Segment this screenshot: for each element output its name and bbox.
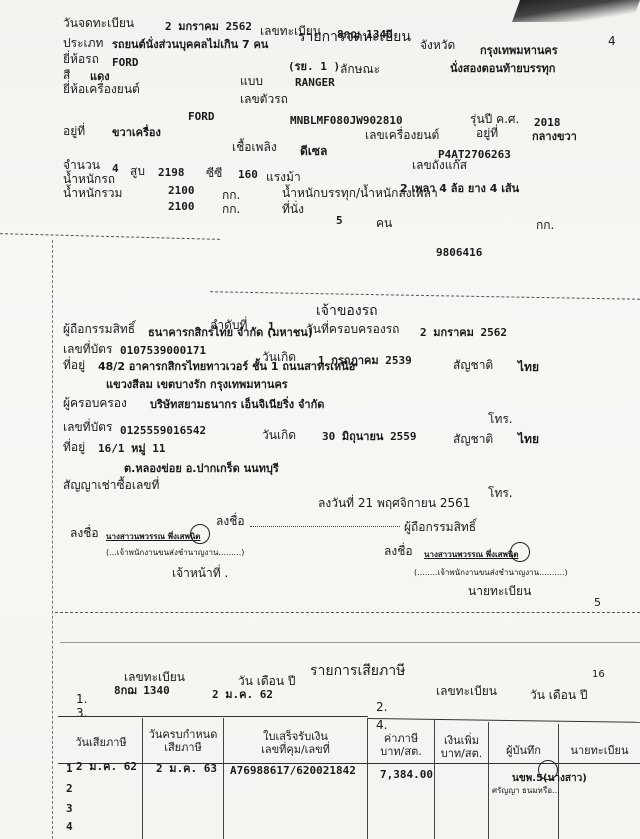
table-column-divider xyxy=(488,722,489,839)
holder-sign-role: ผู้ถือกรรมสิทธิ์ xyxy=(404,520,476,534)
cc: 2198 xyxy=(158,166,185,180)
hire-purchase-label: สัญญาเช่าซื้อเลขที่ xyxy=(63,478,159,492)
tax-plate-label-1: เลขทะเบียน xyxy=(124,670,185,684)
holder-sign-label: ลงชื่อ xyxy=(216,514,245,528)
tax-plate-label-2: เลขทะเบียน xyxy=(436,684,497,698)
gross-weight-unit: กก. xyxy=(222,202,240,216)
style-label: ลักษณะ xyxy=(340,62,380,76)
signed-date: ลงวันที่ 21 พฤศจิกายน 2561 xyxy=(318,496,470,510)
holder-id-label: เลขที่บัตร xyxy=(63,342,112,356)
tax-title: รายการเสียภาษี xyxy=(310,664,405,678)
holder-name: ธนาคารกสิกรไทย จำกัด (มหาชน) xyxy=(148,326,313,340)
tax-page-number: 16 xyxy=(592,668,605,682)
possessor-birth-label: วันเกิด xyxy=(262,428,296,442)
nationality-label: สัญชาติ xyxy=(453,358,493,372)
possessor-label: ผู้ครอบครอง xyxy=(63,396,127,410)
row-paid-date: 2 ม.ค. 62 xyxy=(76,760,137,774)
type: รถยนต์นั่งส่วนบุคคลไม่เกิน 7 คน xyxy=(112,38,268,52)
cut-line xyxy=(210,291,640,300)
holder-address-line2: แขวงสีลม เขตบางรัก กรุงเทพมหานคร xyxy=(106,378,288,392)
vehicle-weight-label: น้ำหนักรถ xyxy=(63,172,115,186)
hp-unit: แรงม้า xyxy=(266,170,301,184)
location1: ขวาเครื่อง xyxy=(112,126,161,140)
serial-number: 9806416 xyxy=(436,246,482,260)
plate: 8กฌ 1340 xyxy=(337,28,393,42)
scan-shadow xyxy=(512,0,640,22)
col-header-recorder: ผู้บันทึก xyxy=(489,744,558,757)
nationality: ไทย xyxy=(518,360,539,374)
row-number: 4 xyxy=(66,820,73,834)
officer-signature-mark xyxy=(190,524,210,544)
cylinders-label: จำนวน xyxy=(63,158,100,172)
location1-label: อยู่ที่ xyxy=(63,124,85,138)
table-top-border xyxy=(368,718,640,723)
chassis: MNBLMF080JW902810 xyxy=(290,114,403,128)
fold-line xyxy=(52,240,54,839)
vehicle-weight-unit: กก. xyxy=(222,188,240,202)
possessor-address-line1: 16/1 หมู่ 11 xyxy=(98,442,165,456)
col-header-tax: ค่าภาษี บาท/สต. xyxy=(368,732,434,758)
gross-weight: 2100 xyxy=(168,200,195,214)
officer-position: (...เจ้าพนักงานขนส่งชำนาญงาน.........) xyxy=(106,546,244,560)
chassis-label: เลขตัวรถ xyxy=(240,92,288,106)
row-number: 2 xyxy=(66,782,73,796)
possessor-nationality: ไทย xyxy=(518,432,539,446)
possessor-tel-label: โทร. xyxy=(488,412,513,426)
col-header-receipt: ใบเสร็จรับเงิน เลขที่คุม/เลขที่ xyxy=(224,730,367,756)
tax-row-num-3: 3. xyxy=(76,706,87,720)
reg-date-label: วันจดทะเบียน xyxy=(63,16,134,30)
row-due-date: 2 ม.ค. 63 xyxy=(156,762,217,776)
engine-brand: FORD xyxy=(188,110,215,124)
brand-label: ยี่ห้อรถ xyxy=(63,52,99,66)
possession-date: 2 มกราคม 2562 xyxy=(420,326,507,340)
gross-weight-label: น้ำหนักรวม xyxy=(63,186,122,200)
possessor-id-label: เลขที่บัตร xyxy=(63,420,112,434)
table-top-border xyxy=(58,716,368,717)
row-recorder-sub: ศรัญญา ธนมหรือ... xyxy=(492,784,560,798)
seats-label: ที่นั่ง xyxy=(282,202,304,216)
officer-sign-label: ลงชื่อ xyxy=(70,526,99,540)
possessor-name: บริษัทสยามธนากร เอ็นจิเนียริ่ง จำกัด xyxy=(150,398,324,412)
tax-row1-plate: 8กฌ 1340 xyxy=(114,684,170,698)
tax-row-num-2: 2. xyxy=(376,700,387,714)
load-label: น้ำหนักบรรทุก/น้ำหนักลงเพลา xyxy=(282,186,438,200)
registrar-position: (........เจ้าพนักงานขนส่งชำนาญงาน.......… xyxy=(414,566,568,580)
hp: 160 xyxy=(238,168,258,182)
type-label: ประเภท xyxy=(63,36,103,50)
hire-purchase-tel-label: โทร. xyxy=(488,486,513,500)
holder-addr-label: ที่อยู่ xyxy=(63,358,85,372)
col-header-paid-date: วันเสียภาษี xyxy=(60,736,142,749)
officer-name: นางสาวนพวรรณ พึ่งเสพนิต xyxy=(106,530,201,544)
seats: 5 xyxy=(336,214,343,228)
tax-row1-date: 2 ม.ค. 62 xyxy=(212,688,273,702)
cut-line xyxy=(0,233,220,240)
holder-id: 0107539000171 xyxy=(120,344,206,358)
holder-label: ผู้ถือกรรมสิทธิ์ xyxy=(63,322,135,336)
load-unit: กก. xyxy=(536,218,554,232)
gas-tank-label: เลขถังแก๊ส xyxy=(412,158,467,172)
reg-date: 2 มกราคม 2562 xyxy=(165,20,252,34)
row-receipt: A76988617/620021842 xyxy=(230,764,356,778)
owner-title: เจ้าของรถ xyxy=(316,304,378,318)
registrar-name: นางสาวนพวรรณ พึ่งเสพนิต xyxy=(424,548,519,562)
page-edge-line xyxy=(60,642,640,643)
row-tax-amount: 7,384.00 xyxy=(380,768,433,782)
row-number: 3 xyxy=(66,802,73,816)
possession-date-label: วันที่ครอบครองรถ xyxy=(306,322,399,336)
vehicle-weight: 2100 xyxy=(168,184,195,198)
registrar-sign-label: ลงชื่อ xyxy=(384,544,413,558)
cylinders-unit: สูบ xyxy=(130,164,145,178)
style: นั่งสองตอนท้ายบรรทุก xyxy=(450,62,555,76)
page-number: 4 xyxy=(608,34,616,48)
tax-date-label-1: วัน เดือน ปี xyxy=(238,674,296,688)
col-header-extra: เงินเพิ่ม บาท/สต. xyxy=(435,734,488,760)
possessor-nationality-label: สัญชาติ xyxy=(453,432,493,446)
plate-label: เลขทะเบียน xyxy=(260,24,321,38)
engine-brand-label: ยี่ห้อเครื่องยนต์ xyxy=(63,82,140,96)
possessor-addr-label: ที่อยู่ xyxy=(63,440,85,454)
brand: FORD xyxy=(112,56,139,70)
registrar-signature-mark xyxy=(510,542,530,562)
model: RANGER xyxy=(295,76,335,90)
possessor-id: 0125559016542 xyxy=(120,424,206,438)
location2: กลางขวา xyxy=(532,130,577,144)
fuel: ดีเซล xyxy=(300,144,327,158)
cut-line xyxy=(55,612,640,613)
col-header-registrar: นายทะเบียน xyxy=(559,744,640,757)
scanned-document-page: รายการจดทะเบียน 4 วันจดทะเบียน 2 มกราคม … xyxy=(0,0,640,839)
row-number: 1 xyxy=(66,762,73,776)
tax-row-num-1: 1. xyxy=(76,692,87,706)
registrar-role: นายทะเบียน xyxy=(468,584,531,598)
tax-date-label-2: วัน เดือน ปี xyxy=(530,688,588,702)
holder-signature-line xyxy=(250,514,400,527)
province-label: จังหวัด xyxy=(420,38,455,52)
seats-unit: คน xyxy=(376,216,392,230)
cc-unit: ซีซี xyxy=(206,166,222,180)
color-label: สี xyxy=(63,68,70,82)
possessor-address-line2: ต.หลองข่อย อ.ปากเกร็ด นนทบุรี xyxy=(124,462,279,476)
possessor-birth: 30 มิถุนายน 2559 xyxy=(322,430,417,444)
engine-no-label: เลขเครื่องยนต์ xyxy=(365,128,439,142)
holder-address-line1: 48/2 อาคารกสิกรไทยทาวเวอร์ ชั้น 1 ถนนสาท… xyxy=(98,360,355,374)
owner-page-number: 5 xyxy=(594,596,601,610)
col-header-due-date: วันครบกำหนด เสียภาษี xyxy=(143,728,223,754)
officer-role: เจ้าหน้าที่ . xyxy=(172,566,228,580)
registrar-stamp xyxy=(538,760,558,780)
model-label: แบบ xyxy=(240,74,263,88)
tax-row-num-4: 4. xyxy=(376,718,387,732)
type-code: (รย. 1 ) xyxy=(288,60,340,74)
model-year: 2018 xyxy=(534,116,561,130)
fuel-label: เชื้อเพลิง xyxy=(232,140,277,154)
location2-label: อยู่ที่ xyxy=(476,126,498,140)
province: กรุงเทพมหานคร xyxy=(480,44,558,58)
model-year-label: รุ่นปี ค.ศ. xyxy=(470,112,519,126)
